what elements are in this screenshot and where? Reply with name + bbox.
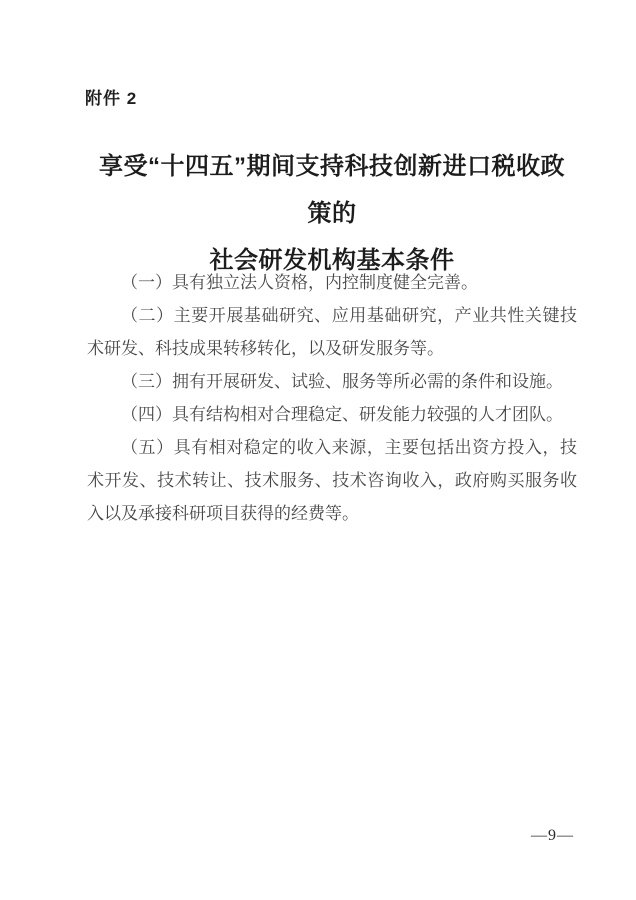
attachment-label: 附件 2: [85, 84, 137, 109]
body-paragraph-4: （四）具有结构相对合理稳定、研发能力较强的人才团队。: [87, 398, 577, 431]
document-title: 享受“十四五”期间支持科技创新进口税收政策的 社会研发机构基本条件: [87, 143, 577, 284]
body-paragraph-3: （三）拥有开展研发、试验、服务等所必需的条件和设施。: [87, 365, 577, 398]
body-paragraph-1: （一）具有独立法人资格，内控制度健全完善。: [87, 266, 577, 299]
page-number: —9—: [531, 827, 574, 845]
body-paragraph-2: （二）主要开展基础研究、应用基础研究，产业共性关键技术研发、科技成果转移转化，以…: [87, 299, 577, 365]
body-paragraph-5: （五）具有相对稳定的收入来源，主要包括出资方投入，技术开发、技术转让、技术服务、…: [87, 431, 577, 530]
document-page: 附件 2 享受“十四五”期间支持科技创新进口税收政策的 社会研发机构基本条件 （…: [0, 0, 636, 900]
document-title-line-1: 享受“十四五”期间支持科技创新进口税收政策的: [87, 143, 577, 237]
document-body: （一）具有独立法人资格，内控制度健全完善。 （二）主要开展基础研究、应用基础研究…: [87, 266, 577, 530]
